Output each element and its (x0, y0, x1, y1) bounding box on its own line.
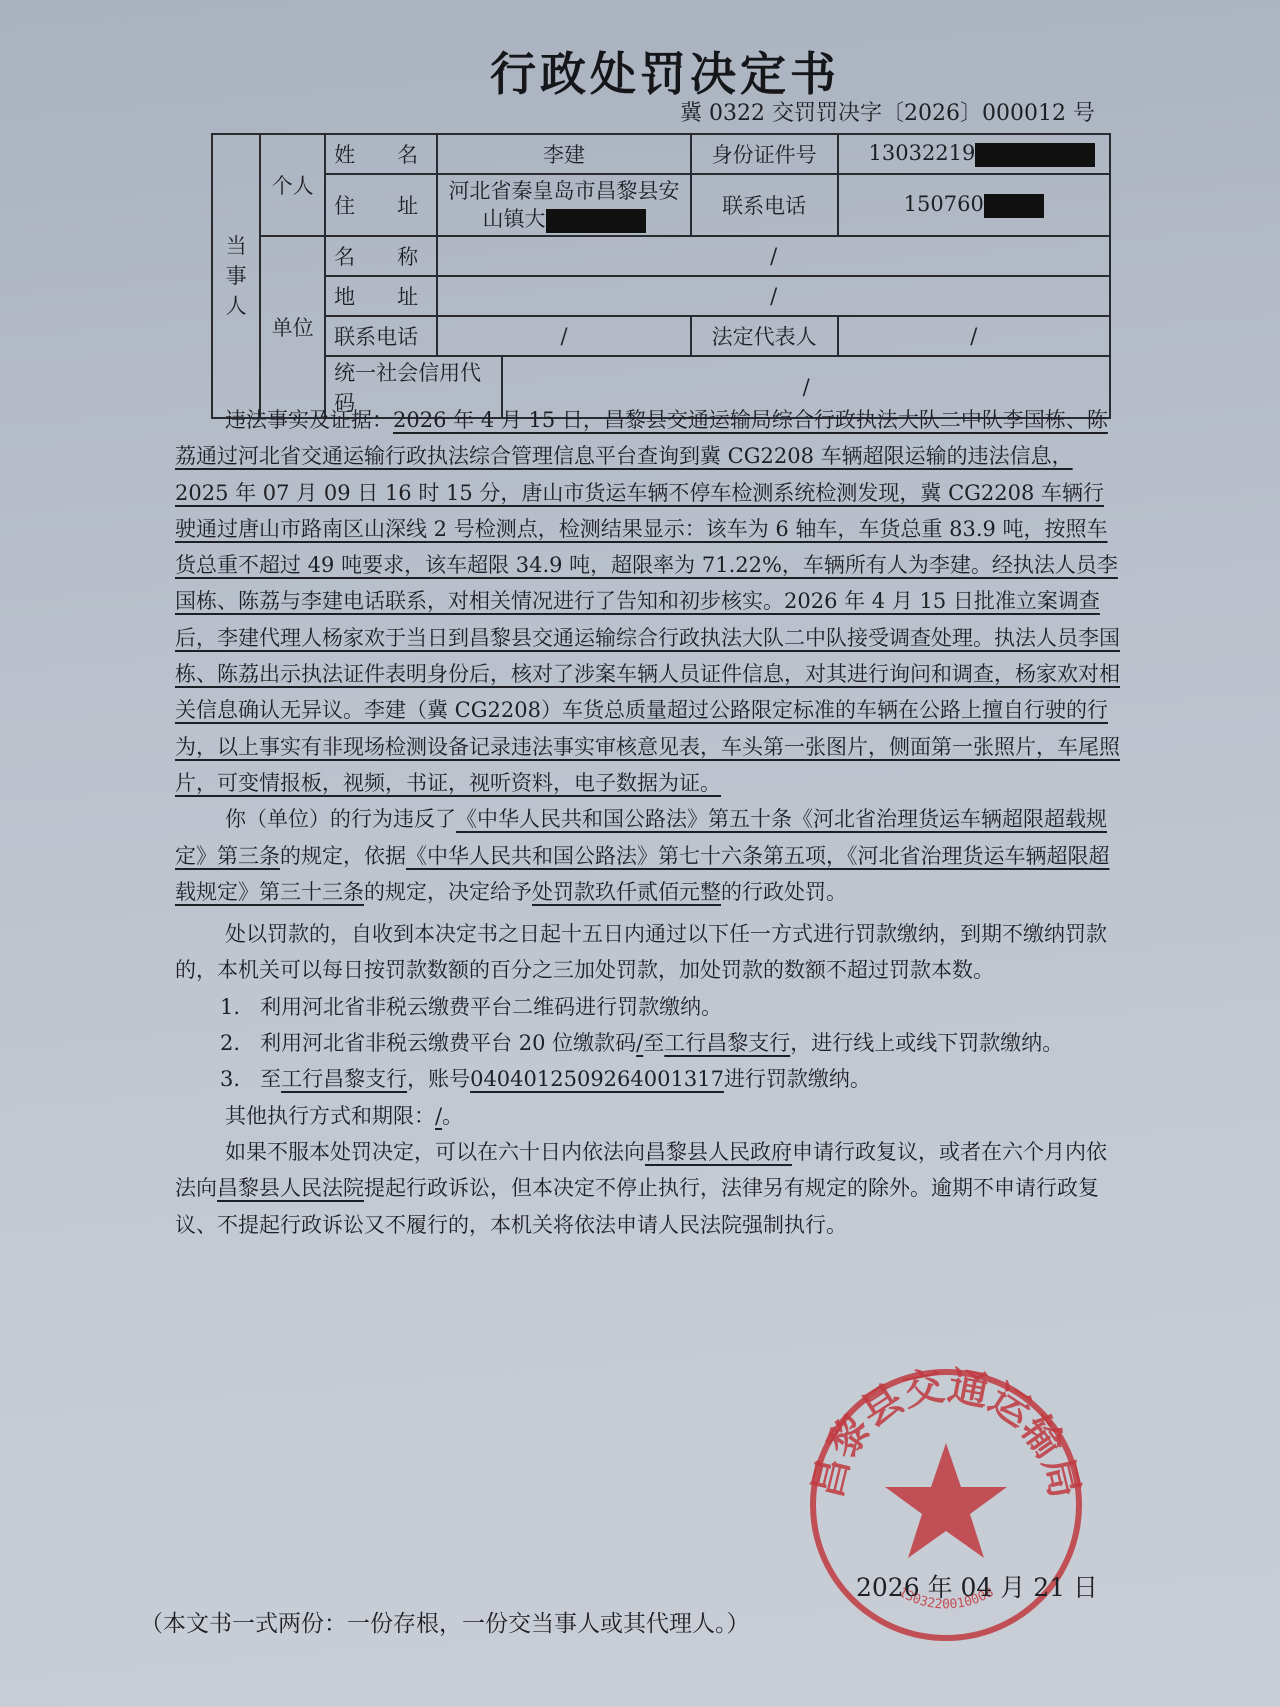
phone-value: 150760 (904, 192, 984, 216)
method-number: 1. (220, 995, 240, 1019)
unit-address-value: / (770, 284, 777, 308)
other-execution-end: 。 (442, 1104, 463, 1128)
redaction-bar (984, 194, 1044, 218)
bank-account-number: 0404012509264001317 (470, 1067, 724, 1091)
redaction-bar (546, 209, 646, 233)
review-authority: 昌黎县人民政府 (645, 1140, 792, 1164)
other-execution: 其他执行方式和期限：/。 (175, 1098, 1125, 1134)
phone-label: 联系电话 (722, 194, 806, 218)
other-execution-label: 其他执行方式和期限： (225, 1104, 435, 1128)
legal-rep-label: 法定代表人 (712, 325, 817, 349)
method-text: ，进行线上或线下罚款缴纳。 (790, 1031, 1063, 1055)
method-text: 进行罚款缴纳。 (724, 1067, 871, 1091)
method-text: 至 (643, 1031, 664, 1055)
legal-rep-value: / (970, 324, 977, 348)
document-body: 违法事实及证据：2026 年 4 月 15 日，昌黎县交通运输局综合行政执法大队… (175, 402, 1125, 1243)
method-text: 利用河北省非税云缴费平台二维码进行罚款缴纳。 (260, 995, 722, 1019)
phone-label-cell: 联系电话 (691, 174, 838, 236)
facts-text: 2026 年 4 月 15 日，昌黎县交通运输局综合行政执法大队二中队李国栋、陈… (175, 408, 1120, 795)
address-value-cell: 河北省秦皇岛市昌黎县安山镇大 (437, 174, 691, 236)
address-label-cell: 住 址 (325, 174, 437, 236)
violation-prefix: 你（单位）的行为违反了 (225, 807, 456, 831)
method-number: 3. (220, 1067, 240, 1091)
payment-intro: 处以罚款的，自收到本决定书之日起十五日内通过以下任一方式进行罚款缴纳，到期不缴纳… (175, 916, 1125, 989)
penalty-decision-document: 行政处罚决定书 冀 0322 交罚罚决字〔2026〕000012 号 当事人 个… (0, 0, 1280, 1707)
unit-name-value: / (770, 244, 777, 268)
violation-paragraph: 你（单位）的行为违反了《中华人民共和国公路法》第五十条《河北省治理货运车辆超限超… (175, 801, 1125, 910)
legal-rep-value-cell: / (838, 316, 1111, 356)
method-text: 利用河北省非税云缴费平台 20 位缴款码 (260, 1031, 636, 1055)
name-label-cell: 姓 名 (325, 134, 437, 174)
unit-phone-label: 联系电话 (334, 325, 418, 349)
penalty-amount: 处罚款玖仟贰佰元整 (532, 880, 721, 904)
footer-note: （本文书一式两份：一份存根，一份交当事人或其代理人。） (140, 1605, 750, 1638)
unit-name-label-cell: 名 称 (325, 236, 437, 276)
id-value: 13032219 (869, 141, 976, 165)
facts-paragraph: 违法事实及证据：2026 年 4 月 15 日，昌黎县交通运输局综合行政执法大队… (175, 402, 1125, 801)
unit-label: 单位 (272, 316, 314, 340)
name-value: 李建 (543, 143, 585, 167)
violation-mid1: 的规定，依据 (280, 844, 406, 868)
payment-method-1: 1. 利用河北省非税云缴费平台二维码进行罚款缴纳。 (175, 989, 1125, 1025)
unit-phone-label-cell: 联系电话 (325, 316, 437, 356)
violation-suffix: 的行政处罚。 (721, 880, 847, 904)
id-value-cell: 13032219 (838, 134, 1111, 174)
payment-bank: 工行昌黎支行 (664, 1031, 790, 1055)
phone-value-cell: 150760 (838, 174, 1111, 236)
unit-phone-value: / (560, 324, 567, 348)
unit-name-value-cell: / (437, 236, 1110, 276)
name-value-cell: 李建 (437, 134, 691, 174)
legal-rep-label-cell: 法定代表人 (691, 316, 838, 356)
facts-label: 违法事实及证据： (225, 408, 393, 432)
payment-method-2: 2. 利用河北省非税云缴费平台 20 位缴款码/至工行昌黎支行，进行线上或线下罚… (175, 1025, 1125, 1061)
payment-method-3: 3. 至工行昌黎支行，账号0404012509264001317进行罚款缴纳。 (175, 1061, 1125, 1097)
unit-address-label-cell: 地 址 (325, 276, 437, 316)
unit-phone-value-cell: / (437, 316, 691, 356)
address-label: 住 址 (334, 194, 418, 218)
party-info-table: 当事人 个人 姓 名 李建 身份证件号 13032219 住 址 河北省秦皇岛市… (211, 133, 1111, 419)
unit-address-value-cell: / (437, 276, 1110, 316)
individual-group-cell: 个人 (260, 134, 325, 236)
name-label: 姓 名 (334, 143, 418, 167)
credit-code-value: / (803, 375, 810, 399)
appeal-text: 如果不服本处罚决定，可以在六十日内依法向 (225, 1140, 645, 1164)
party-label: 当事人 (216, 231, 256, 321)
unit-name-label: 名 称 (334, 245, 418, 269)
litigation-court: 昌黎县人民法院 (217, 1176, 364, 1200)
party-label-cell: 当事人 (212, 134, 260, 418)
method-text: ，账号 (407, 1067, 470, 1091)
redaction-bar (975, 143, 1095, 167)
unit-address-label: 地 址 (334, 285, 418, 309)
id-label: 身份证件号 (712, 143, 817, 167)
decision-date: 2026 年 04 月 21 日 (856, 1568, 1098, 1604)
appeal-paragraph: 如果不服本处罚决定，可以在六十日内依法向昌黎县人民政府申请行政复议，或者在六个月… (175, 1134, 1125, 1243)
method-number: 2. (220, 1031, 240, 1055)
method-text: 至 (260, 1067, 281, 1091)
document-number: 冀 0322 交罚罚决字〔2026〕000012 号 (680, 96, 1095, 127)
violation-mid2: 的规定，决定给予 (364, 880, 532, 904)
payment-bank: 工行昌黎支行 (281, 1067, 407, 1091)
id-label-cell: 身份证件号 (691, 134, 838, 174)
document-title: 行政处罚决定书 (490, 38, 840, 104)
unit-group-cell: 单位 (260, 236, 325, 418)
individual-label: 个人 (272, 174, 314, 198)
